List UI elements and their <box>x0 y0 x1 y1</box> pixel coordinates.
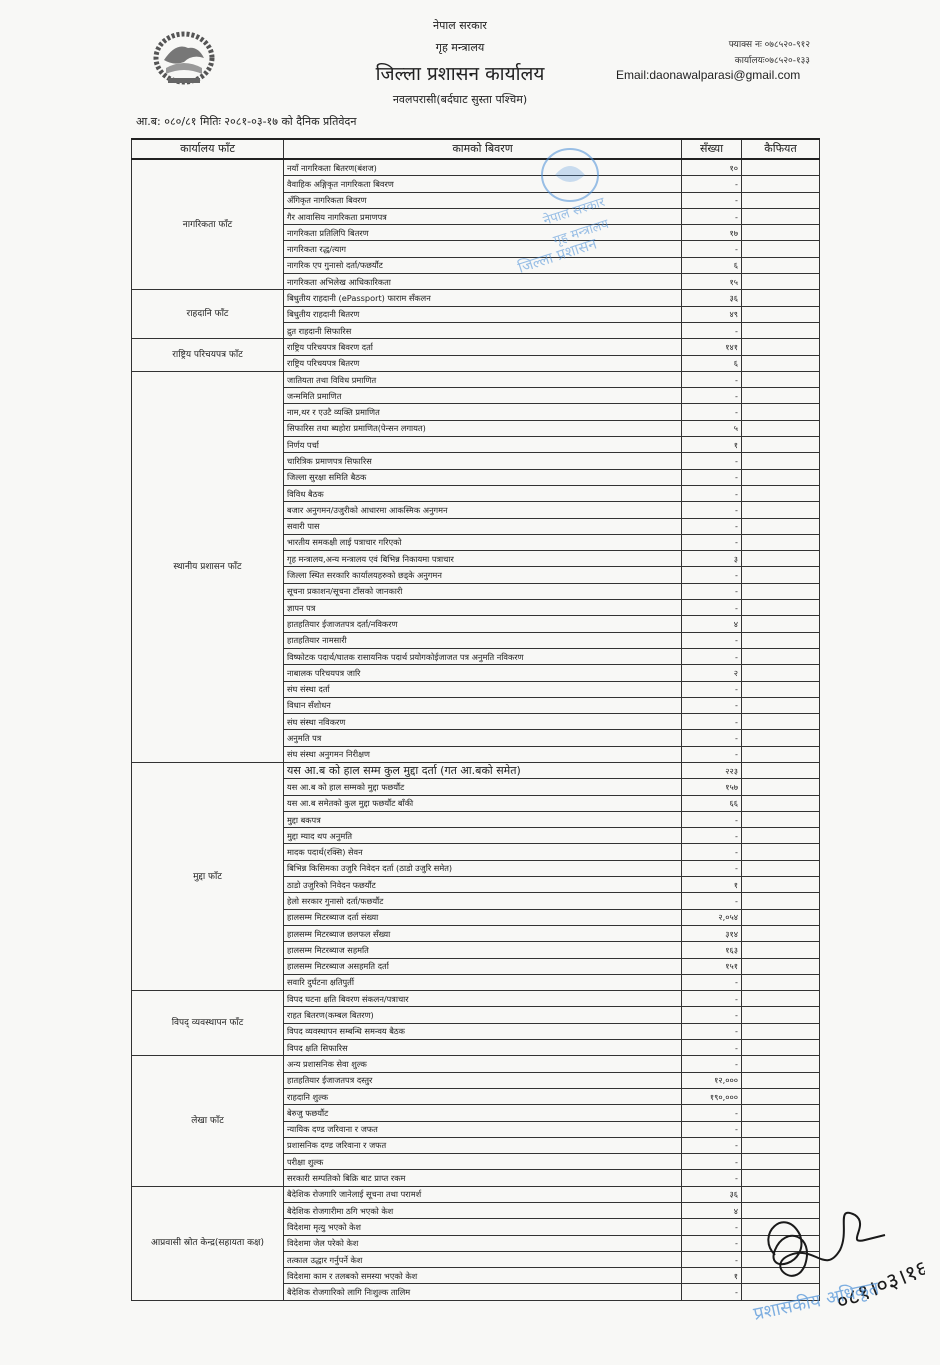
email-address: Email:daonawalparasi@gmail.com <box>616 68 800 82</box>
count-value: ४९ <box>682 306 742 322</box>
remarks-cell <box>742 241 820 257</box>
section-name: मुद्दा फाँट <box>132 762 284 990</box>
count-value: - <box>682 648 742 664</box>
document-page: नेपाल सरकार गृह मन्त्रालय जिल्ला प्रशासन… <box>0 0 940 1365</box>
section-name: नागरिकता फाँट <box>132 159 284 290</box>
remarks-cell <box>742 420 820 436</box>
count-value: २,०५४ <box>682 909 742 925</box>
count-value: १६३ <box>682 942 742 958</box>
count-value: - <box>682 1137 742 1153</box>
work-description: नागरिकता अभिलेख आधिकारिकता <box>284 274 682 290</box>
ministry-name: गृह मन्त्रालय <box>330 40 590 55</box>
remarks-cell <box>742 192 820 208</box>
work-description: बैदेशिक रोजगारि जानेलाई सूचना तथा परामर्… <box>284 1186 682 1202</box>
work-description: हातहतियार ईजाजतपत्र दर्ता/नविकरण <box>284 616 682 632</box>
count-value: - <box>682 697 742 713</box>
work-description: हालसम्म मिटरब्याज असहमति दर्ता <box>284 958 682 974</box>
office-name: जिल्ला प्रशासन कार्यालय <box>330 60 590 86</box>
count-value: ५ <box>682 420 742 436</box>
work-description: बिधुतीय राहदानी बितरण <box>284 306 682 322</box>
work-description: मुद्दा म्याद थप अनुमति <box>284 828 682 844</box>
remarks-cell <box>742 551 820 567</box>
remarks-cell <box>742 1154 820 1170</box>
work-description: नाबालक परिचयपत्र जारि <box>284 665 682 681</box>
count-value: २२३ <box>682 762 742 778</box>
work-description: सूचना प्रकाशन/सूचना टाँसको जानकारी <box>284 583 682 599</box>
remarks-cell <box>742 1186 820 1202</box>
work-description: हातहतियार नामसारी <box>284 632 682 648</box>
count-value: १५१ <box>682 958 742 974</box>
count-value: - <box>682 893 742 909</box>
work-description: संघ संस्था नविकरण <box>284 714 682 730</box>
remarks-cell <box>742 616 820 632</box>
fax-number: फ्याक्स नः ०७८५२०-९१२ <box>729 37 810 50</box>
work-description: सवारि दुर्घटना क्षतिपुर्ती <box>284 974 682 990</box>
count-value: - <box>682 502 742 518</box>
work-description: हेलो सरकार गुनासो दर्ता/फछर्यौट <box>284 893 682 909</box>
count-value: - <box>682 1007 742 1023</box>
work-description: जातियता तथा विविध प्रमाणित <box>284 371 682 387</box>
remarks-cell <box>742 665 820 681</box>
work-description: राष्ट्रिय परिचयपत्र बितरण <box>284 355 682 371</box>
work-description: राहत बितरण(कम्बल बितरण) <box>284 1007 682 1023</box>
remarks-cell <box>742 860 820 876</box>
remarks-cell <box>742 257 820 273</box>
work-description: जन्ममिति प्रमाणित <box>284 388 682 404</box>
count-value: १२,००० <box>682 1072 742 1088</box>
work-description: जिल्ला स्थित सरकारि कार्यालयहरुको छड्के … <box>284 567 682 583</box>
count-value: - <box>682 371 742 387</box>
work-description: बैदेशिक रोजगारीमा ठगि भएको केश <box>284 1203 682 1219</box>
count-value: ४ <box>682 1203 742 1219</box>
remarks-cell <box>742 681 820 697</box>
nepal-emblem-icon <box>148 28 220 88</box>
work-description: बेरुजु फछर्यौट <box>284 1105 682 1121</box>
remarks-cell <box>742 730 820 746</box>
remarks-cell <box>742 600 820 616</box>
work-description: यस आ.ब समेतको कुल मुद्दा फछर्यौट बाँकी <box>284 795 682 811</box>
report-title: आ.ब: ०८०/८१ मितिः २०८१-०३-१७ को दैनिक प्… <box>136 114 356 129</box>
work-description: राहदानि शुल्क <box>284 1088 682 1104</box>
column-header-description: कामको बिवरण <box>284 139 682 159</box>
work-description: विपद क्षति सिफारिस <box>284 1040 682 1056</box>
work-description: सवारी पास <box>284 518 682 534</box>
remarks-cell <box>742 159 820 176</box>
remarks-cell <box>742 355 820 371</box>
remarks-cell <box>742 1040 820 1056</box>
count-value: - <box>682 860 742 876</box>
count-value: ६ <box>682 257 742 273</box>
count-value: १ <box>682 437 742 453</box>
count-value: - <box>682 192 742 208</box>
remarks-cell <box>742 404 820 420</box>
section-name: राहदानि फाँट <box>132 290 284 339</box>
remarks-cell <box>742 632 820 648</box>
count-value: - <box>682 241 742 257</box>
count-value: ३ <box>682 551 742 567</box>
work-description: हालसम्म मिटरब्याज दर्ता संख्या <box>284 909 682 925</box>
count-value: १७ <box>682 225 742 241</box>
table-row: विपद् व्यवस्थापन फाँटविपद घटना क्षति बिव… <box>132 991 820 1007</box>
remarks-cell <box>742 322 820 338</box>
count-value: - <box>682 1235 742 1251</box>
remarks-cell <box>742 274 820 290</box>
work-description: विदेशमा जेल परेको केश <box>284 1235 682 1251</box>
count-value: - <box>682 1170 742 1186</box>
column-header-section: कार्यालय फाँट <box>132 139 284 159</box>
work-description: वैवाहिक अङ्गिकृत नागरिकता बिवरण <box>284 176 682 192</box>
remarks-cell <box>742 1088 820 1104</box>
remarks-cell <box>742 567 820 583</box>
work-description: यस आ.ब को हाल सम्म कुल मुद्दा दर्ता (गत … <box>284 762 682 778</box>
remarks-cell <box>742 828 820 844</box>
remarks-cell <box>742 1072 820 1088</box>
work-description: हालसम्म मिटरब्याज सहमति <box>284 942 682 958</box>
remarks-cell <box>742 518 820 534</box>
section-name: राष्ट्रिय परिचयपत्र फाँट <box>132 339 284 372</box>
work-description: भारतीय समकक्षी लाई पत्राचार गरिएको <box>284 534 682 550</box>
remarks-cell <box>742 893 820 909</box>
remarks-cell <box>742 1007 820 1023</box>
count-value: - <box>682 974 742 990</box>
count-value: ६ <box>682 355 742 371</box>
remarks-cell <box>742 225 820 241</box>
work-description: सिफारिस तथा ब्यहोरा प्रमाणित(पेन्सन लगाय… <box>284 420 682 436</box>
work-description: जिल्ला सुरक्षा समिति बैठक <box>284 469 682 485</box>
count-value: - <box>682 714 742 730</box>
remarks-cell <box>742 714 820 730</box>
count-value: १ <box>682 877 742 893</box>
remarks-cell <box>742 974 820 990</box>
work-description: न्यायिक दण्ड जरिवाना र जफत <box>284 1121 682 1137</box>
work-description: विष्फोटक पदार्थ/घातक रासायनिक पदार्थ प्र… <box>284 648 682 664</box>
count-value: - <box>682 583 742 599</box>
remarks-cell <box>742 1137 820 1153</box>
work-description: विपद घटना क्षति बिवरण संकलन/पत्राचार <box>284 991 682 1007</box>
remarks-cell <box>742 697 820 713</box>
work-description: विदेशमा मृत्यु भएको केश <box>284 1219 682 1235</box>
work-description: ज्ञापन पत्र <box>284 600 682 616</box>
table-row: मुद्दा फाँटयस आ.ब को हाल सम्म कुल मुद्दा… <box>132 762 820 778</box>
work-description: प्रशासनिक दण्ड जरिवाना र जफत <box>284 1137 682 1153</box>
remarks-cell <box>742 1105 820 1121</box>
work-description: निर्णय पर्चा <box>284 437 682 453</box>
work-description: संघ संस्था दर्ता <box>284 681 682 697</box>
remarks-cell <box>742 208 820 224</box>
count-value: १ <box>682 1268 742 1284</box>
section-name: स्थानीय प्रशासन फाँट <box>132 371 284 762</box>
count-value: ६६ <box>682 795 742 811</box>
count-value: - <box>682 518 742 534</box>
remarks-cell <box>742 1203 820 1219</box>
count-value: - <box>682 1154 742 1170</box>
work-description: विधान सँशोधन <box>284 697 682 713</box>
count-value: - <box>682 844 742 860</box>
count-value: - <box>682 632 742 648</box>
remarks-cell <box>742 795 820 811</box>
work-description: सरकारी सम्पतिको बिक्रि बाट प्राप्त रकम <box>284 1170 682 1186</box>
count-value: २ <box>682 665 742 681</box>
work-description: राष्ट्रिय परिचयपत्र बिवरण दर्ता <box>284 339 682 355</box>
count-value: - <box>682 469 742 485</box>
work-description: हातहतियार ईजाजतपत्र दस्तुर <box>284 1072 682 1088</box>
remarks-cell <box>742 1251 820 1267</box>
work-description: तत्काल उद्धार गर्नुपर्ने केश <box>284 1251 682 1267</box>
remarks-cell <box>742 942 820 958</box>
work-description: नागरिकता रद्ध/त्याग <box>284 241 682 257</box>
remarks-cell <box>742 958 820 974</box>
count-value: - <box>682 811 742 827</box>
remarks-cell <box>742 437 820 453</box>
remarks-cell <box>742 1023 820 1039</box>
work-description: अँगिकृत नागरिकता बिवरण <box>284 192 682 208</box>
count-value: - <box>682 485 742 501</box>
count-value: - <box>682 991 742 1007</box>
count-value: - <box>682 534 742 550</box>
work-description: अन्य प्रशासनिक सेवा शुल्क <box>284 1056 682 1072</box>
remarks-cell <box>742 534 820 550</box>
remarks-cell <box>742 1170 820 1186</box>
section-name: आप्रवासी स्रोत केन्द्र(सहायता कक्ष) <box>132 1186 284 1300</box>
count-value: ४ <box>682 616 742 632</box>
remarks-cell <box>742 746 820 762</box>
count-value: - <box>682 322 742 338</box>
work-description: नयाँ नागरिकता बितरण(बंशज) <box>284 159 682 176</box>
work-description: चारित्रिक प्रमाणपत्र सिफारिस <box>284 453 682 469</box>
section-name: विपद् व्यवस्थापन फाँट <box>132 991 284 1056</box>
remarks-cell <box>742 371 820 387</box>
svg-text:०८१।०३।१६: ०८१।०३।१६ <box>833 1256 925 1315</box>
remarks-cell <box>742 811 820 827</box>
count-value: - <box>682 388 742 404</box>
work-description: गैर आवासिय नागरिकता प्रमाणपत्र <box>284 208 682 224</box>
work-description: गृह मन्त्रालय,अन्य मन्त्रालय एवं बिभिन्न… <box>284 551 682 567</box>
remarks-cell <box>742 1284 820 1300</box>
count-value: - <box>682 1219 742 1235</box>
work-description: बैदेशिक रोजगारिको लागि निःशुल्क तालिम <box>284 1284 682 1300</box>
table-row: राहदानि फाँटबिधुतीय राहदानी (ePassport) … <box>132 290 820 306</box>
work-description: परीक्षा शुल्क <box>284 1154 682 1170</box>
count-value: ३६ <box>682 290 742 306</box>
table-row: राष्ट्रिय परिचयपत्र फाँटराष्ट्रिय परिचयप… <box>132 339 820 355</box>
count-value: - <box>682 567 742 583</box>
remarks-cell <box>742 762 820 778</box>
count-value: - <box>682 1040 742 1056</box>
remarks-cell <box>742 306 820 322</box>
work-description: अनुमति पत्र <box>284 730 682 746</box>
count-value: १५ <box>682 274 742 290</box>
remarks-cell <box>742 339 820 355</box>
work-description: विपद व्यवस्थापन सम्बन्धि समन्वय बैठक <box>284 1023 682 1039</box>
count-value: - <box>682 600 742 616</box>
daily-report-table: कार्यालय फाँट कामको बिवरण सँख्या कैफियत … <box>131 138 820 1301</box>
remarks-cell <box>742 1268 820 1284</box>
remarks-cell <box>742 844 820 860</box>
count-value: - <box>682 208 742 224</box>
work-description: ठाडो उजुरिको निवेदन फछर्यौट <box>284 877 682 893</box>
count-value: - <box>682 681 742 697</box>
work-description: नागरिकता प्रतिलिपि बितरण <box>284 225 682 241</box>
remarks-cell <box>742 1235 820 1251</box>
work-description: मादक पदार्थ(रक्सि) सेवन <box>284 844 682 860</box>
count-value: - <box>682 176 742 192</box>
count-value: ३६ <box>682 1186 742 1202</box>
remarks-cell <box>742 290 820 306</box>
remarks-cell <box>742 1056 820 1072</box>
section-name: लेखा फाँट <box>132 1056 284 1186</box>
table-header-row: कार्यालय फाँट कामको बिवरण सँख्या कैफियत <box>132 139 820 159</box>
work-description: नागरिक एप गुनासो दर्ता/फछर्यौट <box>284 257 682 273</box>
work-description: विदेशमा काम र तलबको समस्या भएको केश <box>284 1268 682 1284</box>
count-value: - <box>682 1251 742 1267</box>
remarks-cell <box>742 453 820 469</box>
column-header-count: सँख्या <box>682 139 742 159</box>
work-description: बिधुतीय राहदानी (ePassport) फाराम सँकलन <box>284 290 682 306</box>
work-description: हालसम्म मिटरब्याज छलफल सँख्या <box>284 925 682 941</box>
remarks-cell <box>742 469 820 485</box>
table-row: स्थानीय प्रशासन फाँटजातियता तथा विविध प्… <box>132 371 820 387</box>
table-row: नागरिकता फाँटनयाँ नागरिकता बितरण(बंशज)१० <box>132 159 820 176</box>
count-value: - <box>682 1284 742 1300</box>
remarks-cell <box>742 388 820 404</box>
count-value: ३१४ <box>682 925 742 941</box>
remarks-cell <box>742 991 820 1007</box>
work-description: बजार अनुगमन/उजुरीको आधारमा आकस्मिक अनुगम… <box>284 502 682 518</box>
remarks-cell <box>742 502 820 518</box>
table-row: आप्रवासी स्रोत केन्द्र(सहायता कक्ष)बैदेश… <box>132 1186 820 1202</box>
count-value: - <box>682 404 742 420</box>
count-value: - <box>682 453 742 469</box>
remarks-cell <box>742 485 820 501</box>
remarks-cell <box>742 925 820 941</box>
work-description: यस आ.ब को हाल सम्मको मुद्दा फछर्यौट <box>284 779 682 795</box>
remarks-cell <box>742 779 820 795</box>
remarks-cell <box>742 583 820 599</box>
remarks-cell <box>742 176 820 192</box>
remarks-cell <box>742 1219 820 1235</box>
remarks-cell <box>742 877 820 893</box>
count-value: - <box>682 1023 742 1039</box>
table-body: नागरिकता फाँटनयाँ नागरिकता बितरण(बंशज)१०… <box>132 159 820 1300</box>
count-value: १० <box>682 159 742 176</box>
column-header-remarks: कैफियत <box>742 139 820 159</box>
count-value: १९०,००० <box>682 1088 742 1104</box>
count-value: - <box>682 1121 742 1137</box>
count-value: - <box>682 828 742 844</box>
work-description: द्रुत राहदानी सिफारिस <box>284 322 682 338</box>
count-value: - <box>682 1105 742 1121</box>
work-description: मुद्दा बकपत्र <box>284 811 682 827</box>
remarks-cell <box>742 1121 820 1137</box>
work-description: नाम,थर र एउटै व्यक्ति प्रमाणित <box>284 404 682 420</box>
work-description: विविध बैठक <box>284 485 682 501</box>
remarks-cell <box>742 648 820 664</box>
work-description: संघ संस्था अनुगमन निरीक्षण <box>284 746 682 762</box>
office-phone: कार्यालयः०७८५२०-१३३ <box>735 53 810 66</box>
government-name: नेपाल सरकार <box>330 18 590 33</box>
count-value: १५७ <box>682 779 742 795</box>
table-row: लेखा फाँटअन्य प्रशासनिक सेवा शुल्क- <box>132 1056 820 1072</box>
office-location: नवलपरासी(बर्दघाट सुस्ता पश्चिम) <box>330 92 590 107</box>
count-value: - <box>682 1056 742 1072</box>
count-value: - <box>682 746 742 762</box>
count-value: - <box>682 730 742 746</box>
work-description: बिभिन्न किसिमका उजुरि निवेदन दर्ता (ठाडो… <box>284 860 682 876</box>
remarks-cell <box>742 909 820 925</box>
count-value: १४१ <box>682 339 742 355</box>
